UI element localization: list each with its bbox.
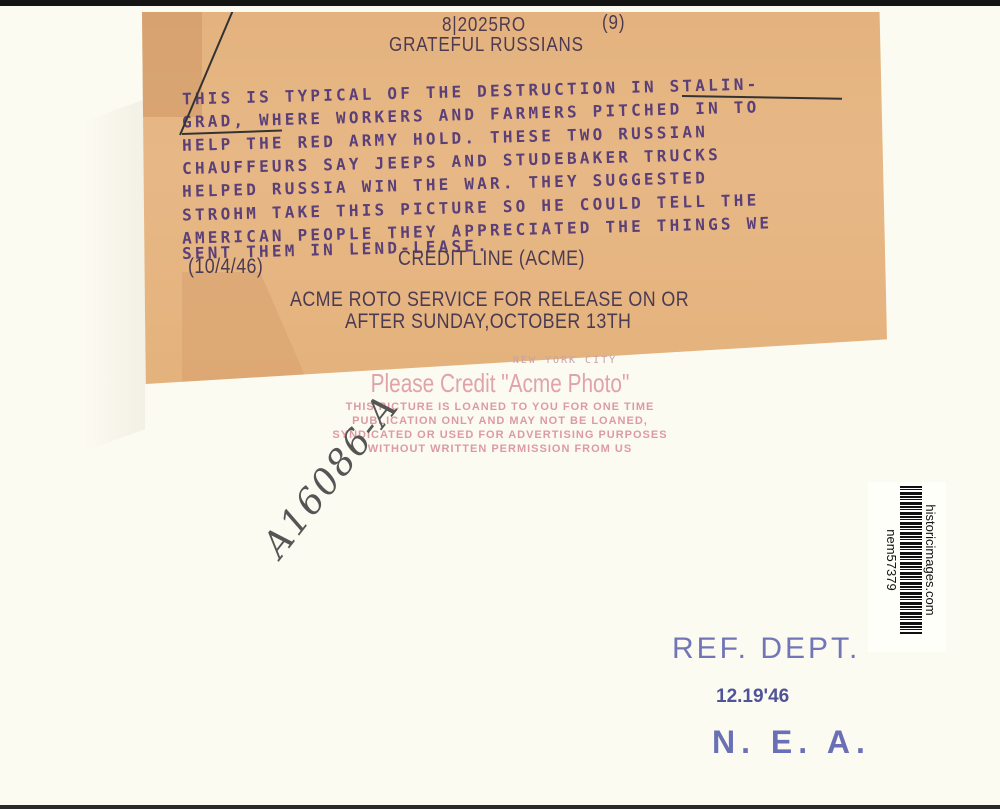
paper-shadow (85, 99, 145, 451)
ref-date-stamp: 12.19'46 (716, 686, 789, 708)
barcode-site: historicimages.com (923, 480, 938, 640)
nea-stamp: N. E. A. (712, 724, 871, 761)
barcode-label: historicimages.com nem57379 (868, 482, 946, 652)
barcode-icon (900, 486, 922, 634)
scan-bottom-border (0, 805, 1000, 809)
stamp-city: NEW YORK CITY (450, 355, 680, 366)
release-line-1: ACME ROTO SERVICE FOR RELEASE ON OR (290, 288, 689, 312)
caption-title: GRATEFUL RUSSIANS (389, 34, 584, 57)
credit-line: CREDIT LINE (ACME) (398, 247, 585, 271)
barcode-id: nem57379 (884, 480, 899, 640)
sheet-number: (9) (602, 12, 625, 35)
ref-dept-stamp: REF. DEPT. (672, 632, 860, 666)
caption-date: (10/4/46) (188, 255, 263, 279)
release-line-2: AFTER SUNDAY,OCTOBER 13TH (345, 310, 631, 334)
stamp-credit: Please Credit "Acme Photo" (356, 368, 644, 399)
caption-slip: 8|2025RO (9) GRATEFUL RUSSIANS THIS IS T… (142, 12, 887, 384)
